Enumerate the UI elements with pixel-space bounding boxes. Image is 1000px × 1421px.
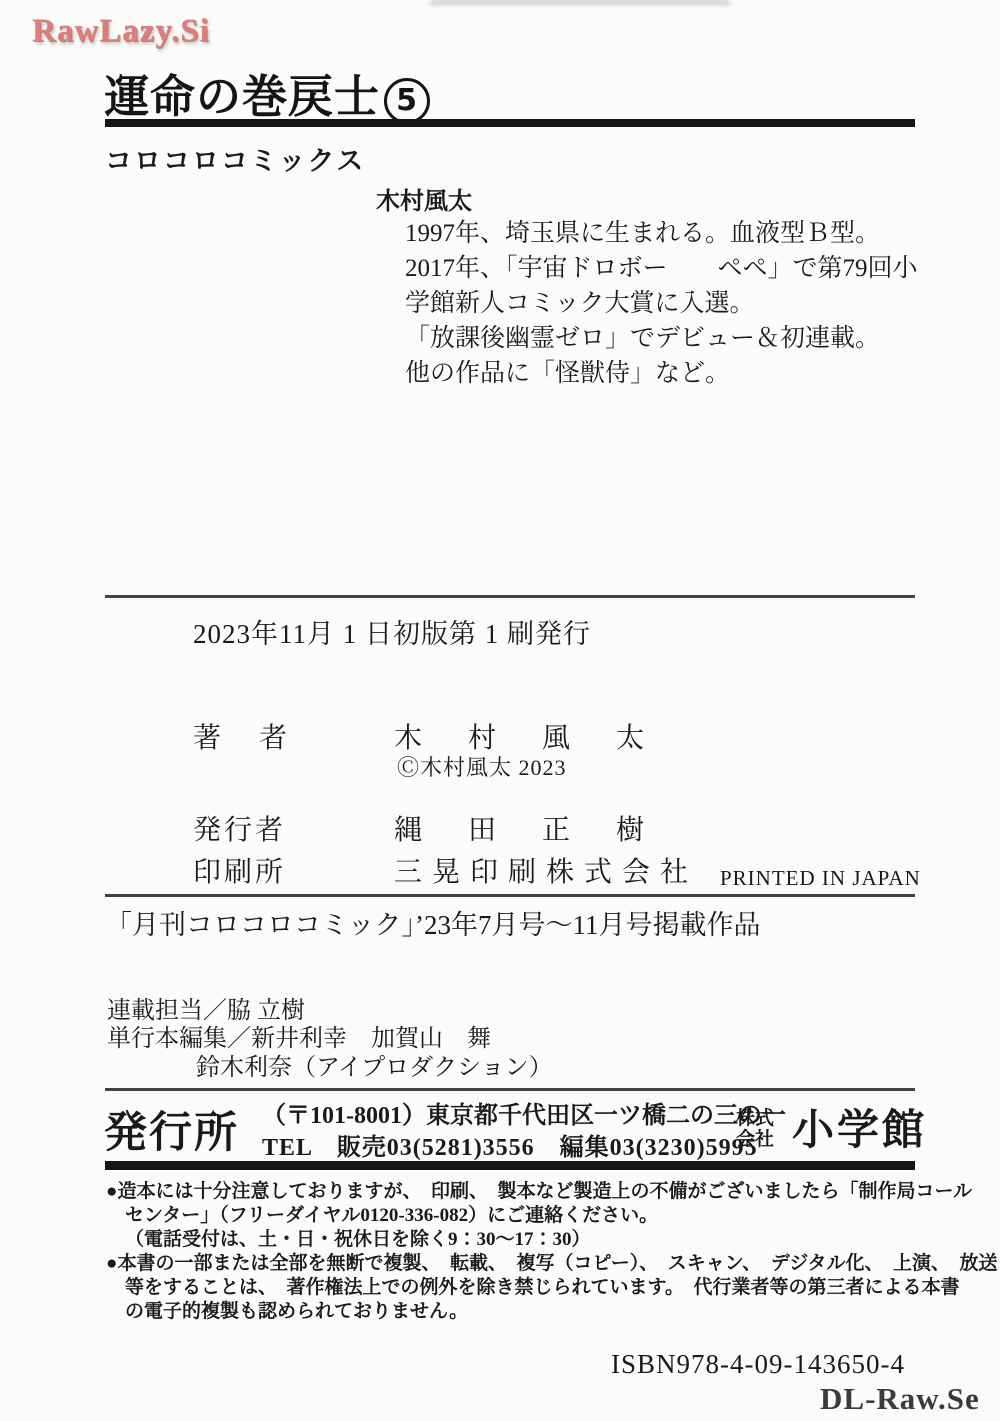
author-bio-line: 「放課後幽霊ゼロ」でデビュー＆初連載。 <box>405 321 918 356</box>
credit-value-issuer: 縄 田 正 樹 <box>394 808 653 848</box>
book-title-text: 運命の巻戻士 <box>104 70 380 123</box>
edition-statement: 2023年11月 1 日初版第 1 刷発行 <box>193 612 591 651</box>
volume-badge: 5 <box>384 78 430 124</box>
credit-label-author: 著 者 <box>193 716 292 756</box>
site-watermark-bottom: DL-Raw.Se <box>820 1381 980 1417</box>
credit-value-author: 木 村 風 太 <box>394 716 653 756</box>
publisher-corp-prefix-2: 会社 <box>736 1124 774 1151</box>
credit-label-printer: 印刷所 <box>193 850 286 890</box>
notice-defects: ●造本には十分注意しておりますが、 印刷、 製本など製造上の不備がございましたら… <box>106 1180 972 1252</box>
publisher-label: 発行所 <box>104 1099 239 1160</box>
isbn-number: ISBN978-4-09-143650-4 <box>611 1349 905 1380</box>
author-bio: 1997年、埼玉県に生まれる。血液型Ｂ型。 2017年、「宇宙ドロボー ペペ」で… <box>405 216 918 391</box>
staff-volume-editors-cont: 鈴木利奈（アイプロダクション） <box>196 1047 553 1082</box>
scan-artifact <box>430 0 730 5</box>
notice-copyright-line: 等をすることは、 著作権法上での例外を除き禁じられています。 代行業者等の第三者… <box>125 1276 998 1300</box>
author-bio-line: 1997年、埼玉県に生まれる。血液型Ｂ型。 <box>405 216 918 251</box>
colophon-page: RawLazy.Si 運命の巻戻士5 コロコロコミックス 木村風太 1997年、… <box>0 0 1000 1421</box>
imprint-label: コロコロコミックス <box>105 139 365 178</box>
printed-in-japan-label: PRINTED IN JAPAN <box>720 866 921 891</box>
credit-label-issuer: 発行者 <box>193 808 286 848</box>
publisher-rule-thick <box>105 1161 915 1170</box>
notice-copyright-line: ●本書の一部または全部を無断で複製、 転載、 複写（コピー）、 スキャン、 デジ… <box>106 1252 998 1276</box>
serialization-note: 「月刊コロコロコミック」’23年7月号～11月号掲載作品 <box>105 903 760 942</box>
author-bio-line: 他の作品に「怪獣侍」など。 <box>405 356 918 391</box>
author-name-heading: 木村風太 <box>376 181 472 216</box>
notice-defects-line: センター」（フリーダイヤル0120-336-082）にご連絡ください。 <box>125 1204 972 1228</box>
publisher-name: 小学館 <box>792 1097 927 1157</box>
credit-value-printer: 三晃印刷株式会社 <box>394 850 698 890</box>
site-watermark-top: RawLazy.Si <box>32 13 210 50</box>
author-bio-line: 2017年、「宇宙ドロボー ペペ」で第79回小 <box>405 251 918 286</box>
notice-copyright: ●本書の一部または全部を無断で複製、 転載、 複写（コピー）、 スキャン、 デジ… <box>106 1252 998 1324</box>
notice-copyright-line: の電子的複製も認められておりません。 <box>125 1300 998 1324</box>
notice-defects-line: ●造本には十分注意しておりますが、 印刷、 製本など製造上の不備がございましたら… <box>106 1180 972 1204</box>
section-rule-serialization <box>105 894 915 897</box>
section-rule-publisher <box>105 1088 915 1091</box>
title-rule-thick <box>105 119 915 127</box>
author-bio-line: 学館新人コミック大賞に入選。 <box>405 286 918 321</box>
notice-defects-line: （電話受付は、土・日・祝休日を除く9：30～17：30） <box>125 1228 972 1252</box>
book-title: 運命の巻戻士5 <box>104 60 430 125</box>
publisher-address: （〒101-8001）東京都千代田区一ツ橋二の三の一 <box>262 1095 786 1130</box>
copyright-line: Ⓒ木村風太 2023 <box>397 751 567 782</box>
publisher-phone: TEL 販売03(5281)3556 編集03(3230)5995 <box>262 1127 758 1162</box>
section-rule-top <box>105 595 915 598</box>
